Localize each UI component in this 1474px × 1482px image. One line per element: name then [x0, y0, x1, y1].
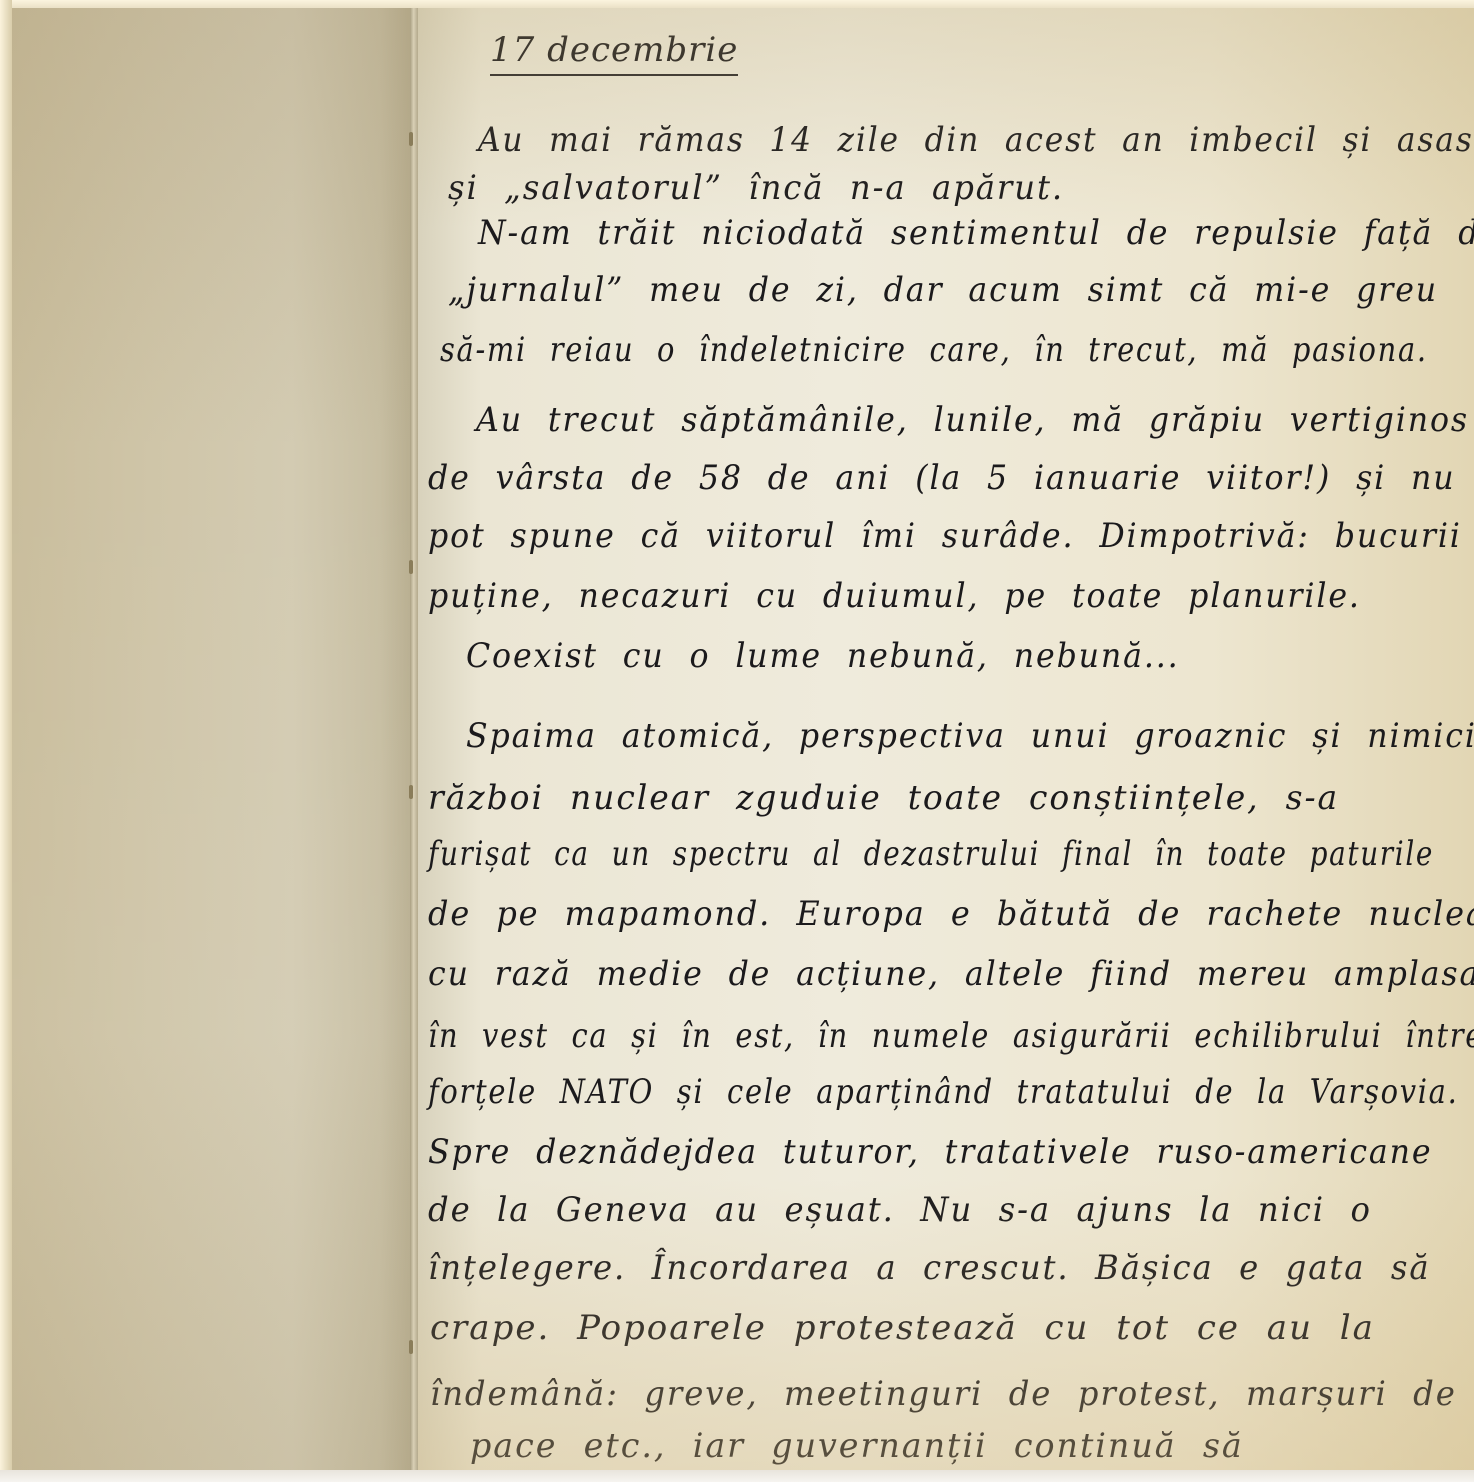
handwritten-line: crape. Popoarele protestează cu tot ce a…	[430, 1308, 1375, 1348]
handwritten-line: Au trecut săptămânile, lunile, mă grăpiu…	[476, 400, 1469, 440]
handwritten-line: Coexist cu o lume nebună, nebună...	[466, 636, 1180, 676]
left-page-blank	[12, 8, 412, 1472]
handwritten-line: Spre deznădejdea tuturor, tratativele ru…	[428, 1132, 1432, 1172]
binding-stitch	[409, 132, 413, 146]
right-page-handwritten: 17 decembrie Au mai rămas 14 zile din ac…	[418, 8, 1474, 1472]
handwritten-line: îndemână: greve, meetinguri de protest, …	[430, 1374, 1457, 1414]
binding-stitch	[409, 560, 413, 574]
handwritten-line: pot spune că viitorul îmi surâde. Dimpot…	[428, 516, 1462, 556]
handwritten-line: de vârsta de 58 de ani (la 5 ianuarie vi…	[428, 458, 1456, 498]
photo-left-edge	[0, 0, 12, 1482]
photo-bottom-edge	[0, 1470, 1474, 1482]
handwritten-line: furișat ca un spectru al dezastrului fin…	[428, 834, 1434, 874]
handwritten-line: Au mai rămas 14 zile din acest an imbeci…	[478, 120, 1474, 160]
handwritten-line: cu rază medie de acțiune, altele fiind m…	[428, 954, 1474, 994]
entry-date-heading: 17 decembrie	[490, 30, 738, 76]
handwritten-line: N-am trăit niciodată sentimentul de repu…	[478, 213, 1474, 253]
handwritten-line: pace etc., iar guvernanții continuă să	[470, 1426, 1244, 1466]
binding-stitch	[409, 785, 413, 799]
handwritten-line: puține, necazuri cu duiumul, pe toate pl…	[428, 576, 1361, 616]
notebook-photo: 17 decembrie Au mai rămas 14 zile din ac…	[0, 0, 1474, 1482]
handwritten-line: război nuclear zguduie toate conștiințel…	[428, 778, 1339, 818]
handwritten-line: „jurnalul” meu de zi, dar acum simt că m…	[448, 270, 1438, 310]
handwritten-line: forțele NATO și cele aparținând tratatul…	[428, 1072, 1458, 1112]
handwritten-line: de pe mapamond. Europa e bătută de rache…	[428, 894, 1474, 934]
handwritten-line: în vest ca și în est, în numele asigurăr…	[428, 1016, 1474, 1056]
handwritten-line: de la Geneva au eșuat. Nu s-a ajuns la n…	[428, 1190, 1372, 1230]
notebook-binding	[410, 8, 418, 1472]
handwritten-line: să-mi reiau o îndeletnicire care, în tre…	[440, 330, 1428, 370]
handwritten-line: Spaima atomică, perspectiva unui groazni…	[466, 716, 1474, 756]
handwritten-line: înțelegere. Încordarea a crescut. Bășica…	[428, 1248, 1431, 1288]
handwritten-line: și „salvatorul” încă n-a apărut.	[448, 168, 1064, 208]
binding-stitch	[409, 1340, 413, 1354]
